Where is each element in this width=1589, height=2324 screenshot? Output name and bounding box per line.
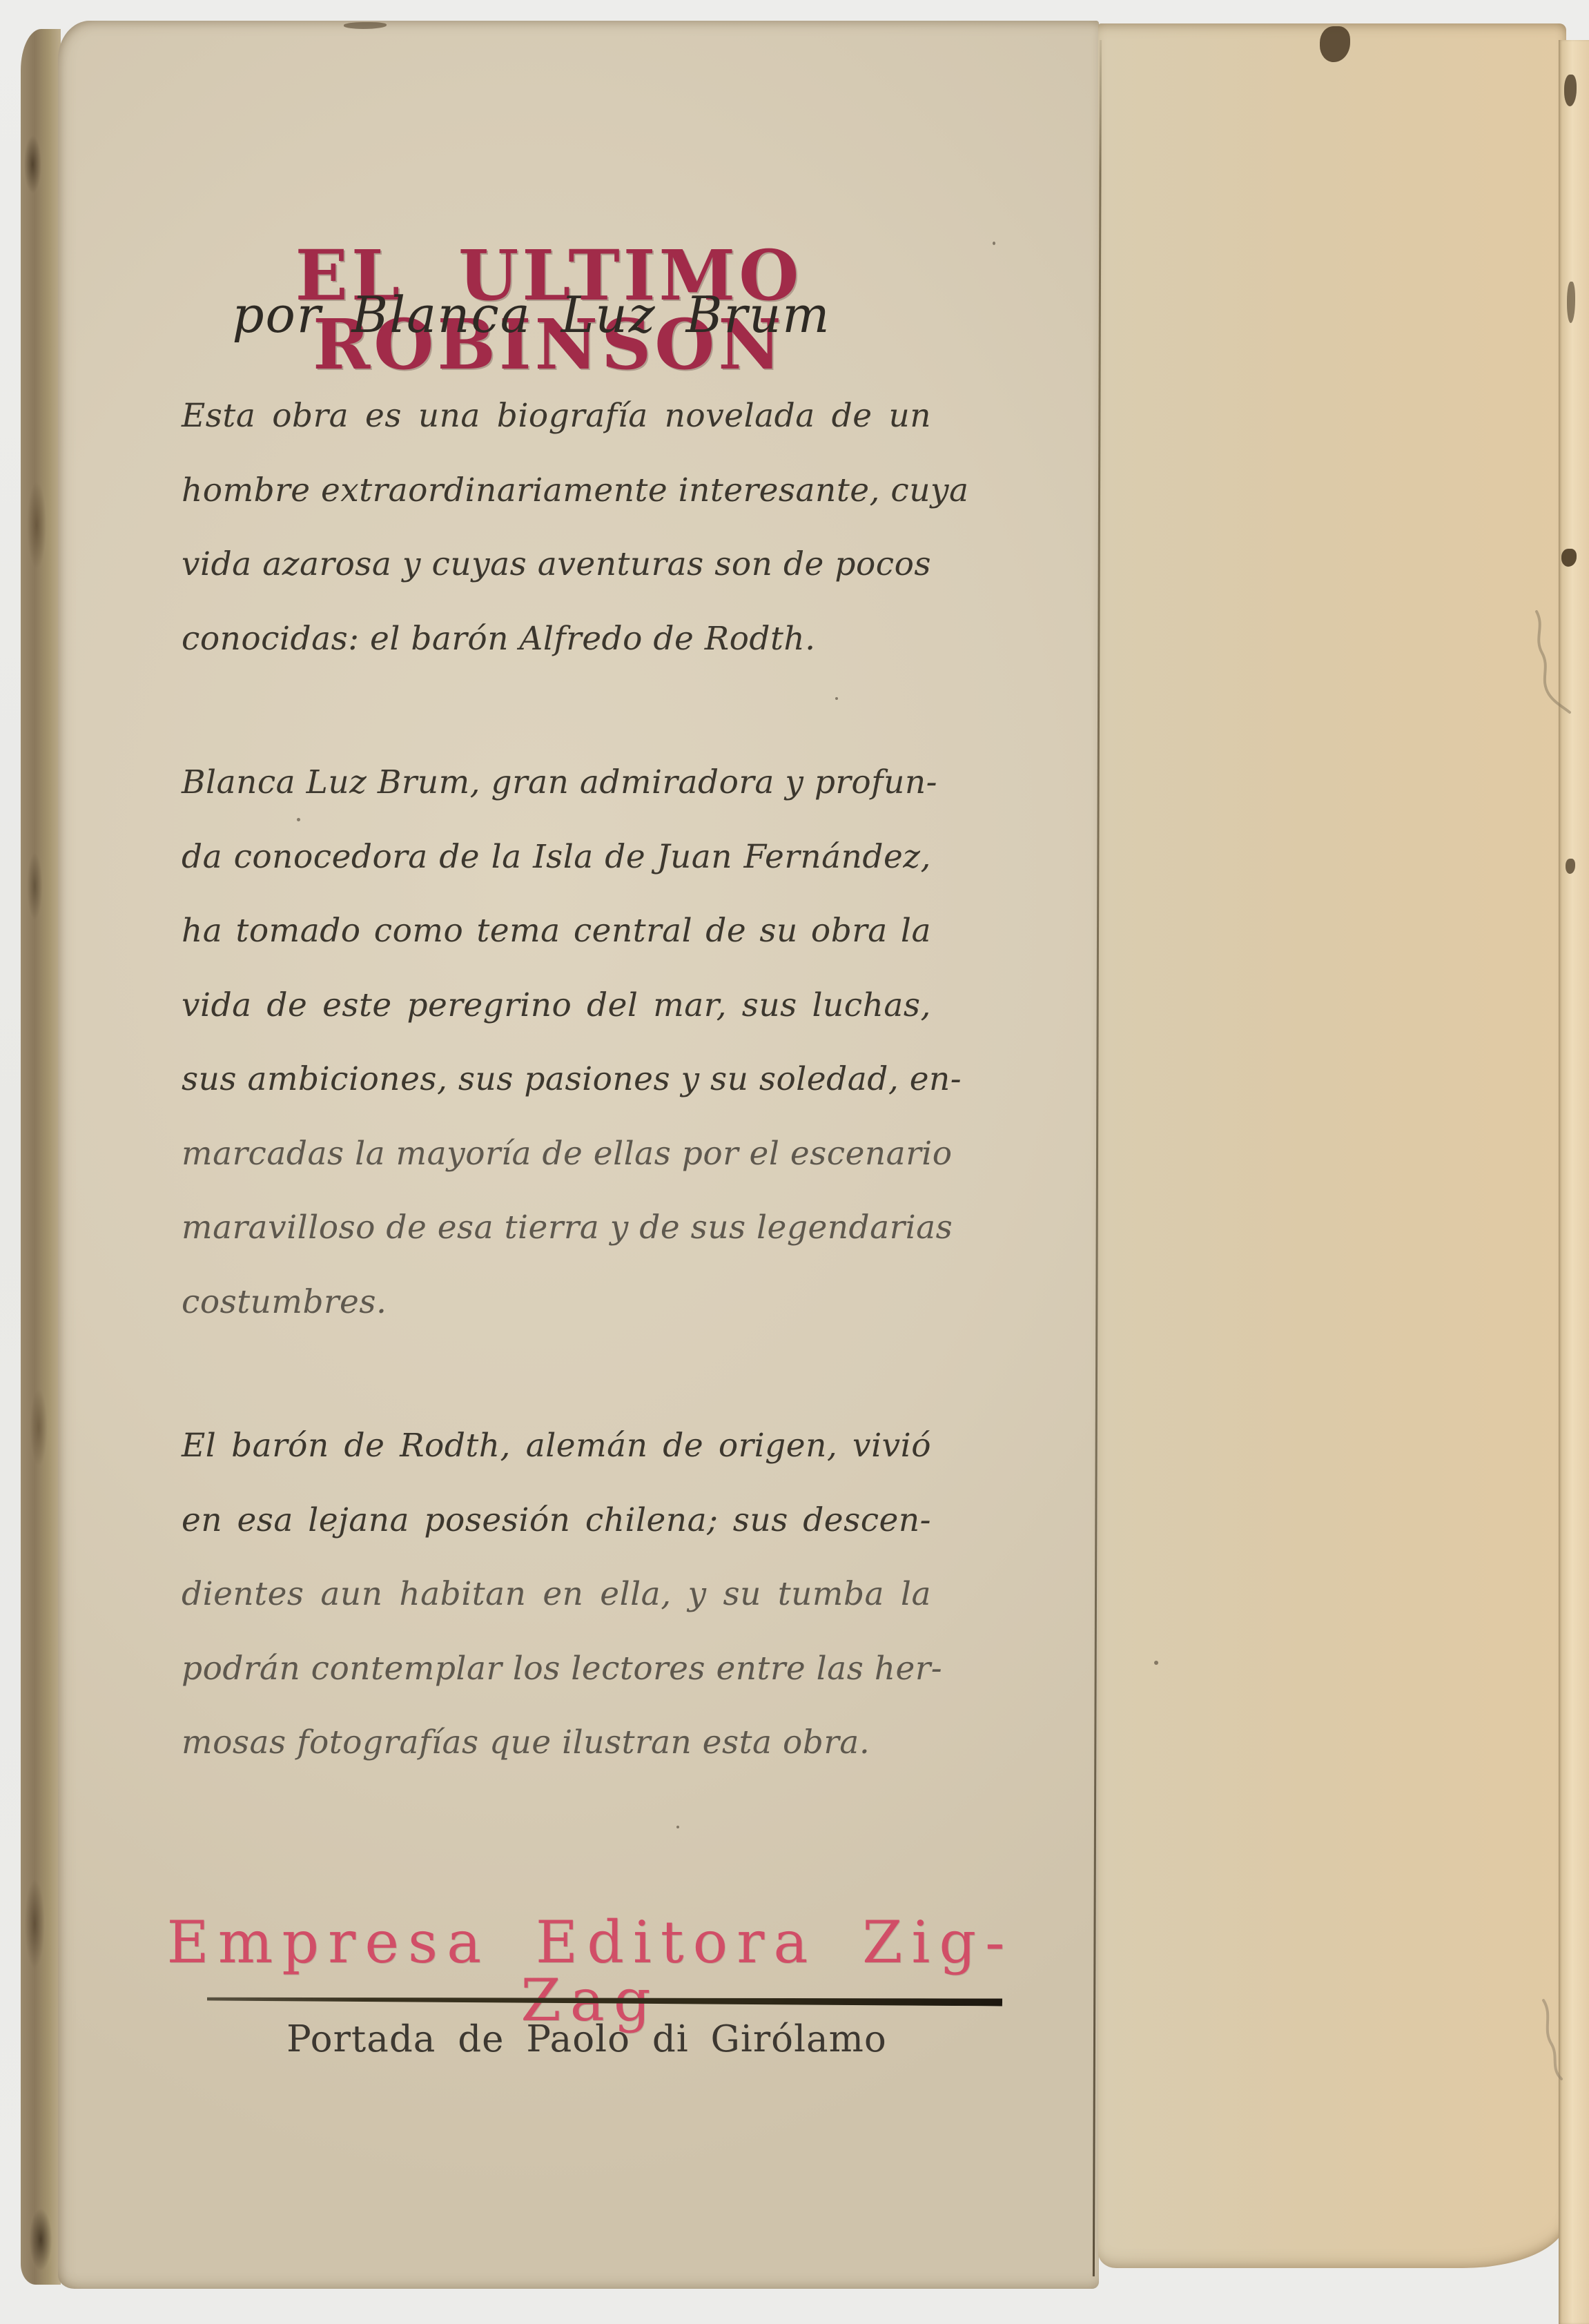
paragraph-line: sus ambiciones, sus pasiones y su soleda… (182, 1042, 931, 1117)
cover-credit: Portada de Paolo di Girólamo (207, 2020, 966, 2060)
paragraph-line: hombre extraordinariamente interesante, … (182, 453, 931, 528)
ink-speck (676, 1826, 679, 1828)
paragraph-line: vida de este peregrino del mar, sus luch… (182, 968, 931, 1043)
paragraph-line: podrán contemplar los lectores entre las… (182, 1632, 931, 1706)
paragraph-line: vida azarosa y cuyas aventuras son de po… (182, 527, 931, 602)
pencil-scribble (1524, 607, 1579, 718)
pencil-scribble (1534, 1995, 1582, 2084)
paragraph-line: da conocedora de la Isla de Juan Fernánd… (182, 820, 931, 895)
paragraph-line: ha tomado como tema central de su obra l… (182, 894, 931, 968)
ink-speck (1154, 1661, 1158, 1665)
book-pages-edge (1559, 40, 1589, 2324)
publisher-line: Empresa Editora Zig-Zag (159, 1913, 1022, 2029)
paragraph: Esta obra es una biografía novelada de u… (182, 379, 931, 676)
paragraph-line: maravilloso de esa tierra y de sus legen… (182, 1191, 931, 1265)
jacket-fold-panel (1098, 23, 1566, 2268)
paragraph-line: Esta obra es una biografía novelada de u… (182, 379, 931, 453)
paragraph-line: Blanca Luz Brum, gran admiradora y profu… (182, 745, 931, 820)
photo-background: EL ULTIMO ROBINSON por Blanca Luz Brum E… (0, 0, 1589, 2324)
paragraph: El barón de Rodth, alemán de origen, viv… (182, 1409, 931, 1780)
jacket-left-worn-edge (21, 29, 61, 2285)
paragraph-line: El barón de Rodth, alemán de origen, viv… (182, 1409, 931, 1483)
paragraph-line: conocidas: el barón Alfredo de Rodth. (182, 602, 931, 676)
paragraph: Blanca Luz Brum, gran admiradora y profu… (182, 745, 931, 1339)
paragraph-line: marcadas la mayoría de ellas por el esce… (182, 1117, 931, 1191)
flap-blurb: Esta obra es una biografía novelada de u… (182, 379, 931, 1780)
ink-speck (993, 242, 995, 245)
paragraph-line: costumbres. (182, 1265, 931, 1340)
paragraph-line: dientes aun habitan en ella, y su tumba … (182, 1557, 931, 1632)
paragraph-line: mosas fotografías que ilustran esta obra… (182, 1706, 931, 1780)
paragraph-line: en esa lejana posesión chilena; sus desc… (182, 1483, 931, 1558)
byline: por Blanca Luz Brum (155, 290, 908, 340)
